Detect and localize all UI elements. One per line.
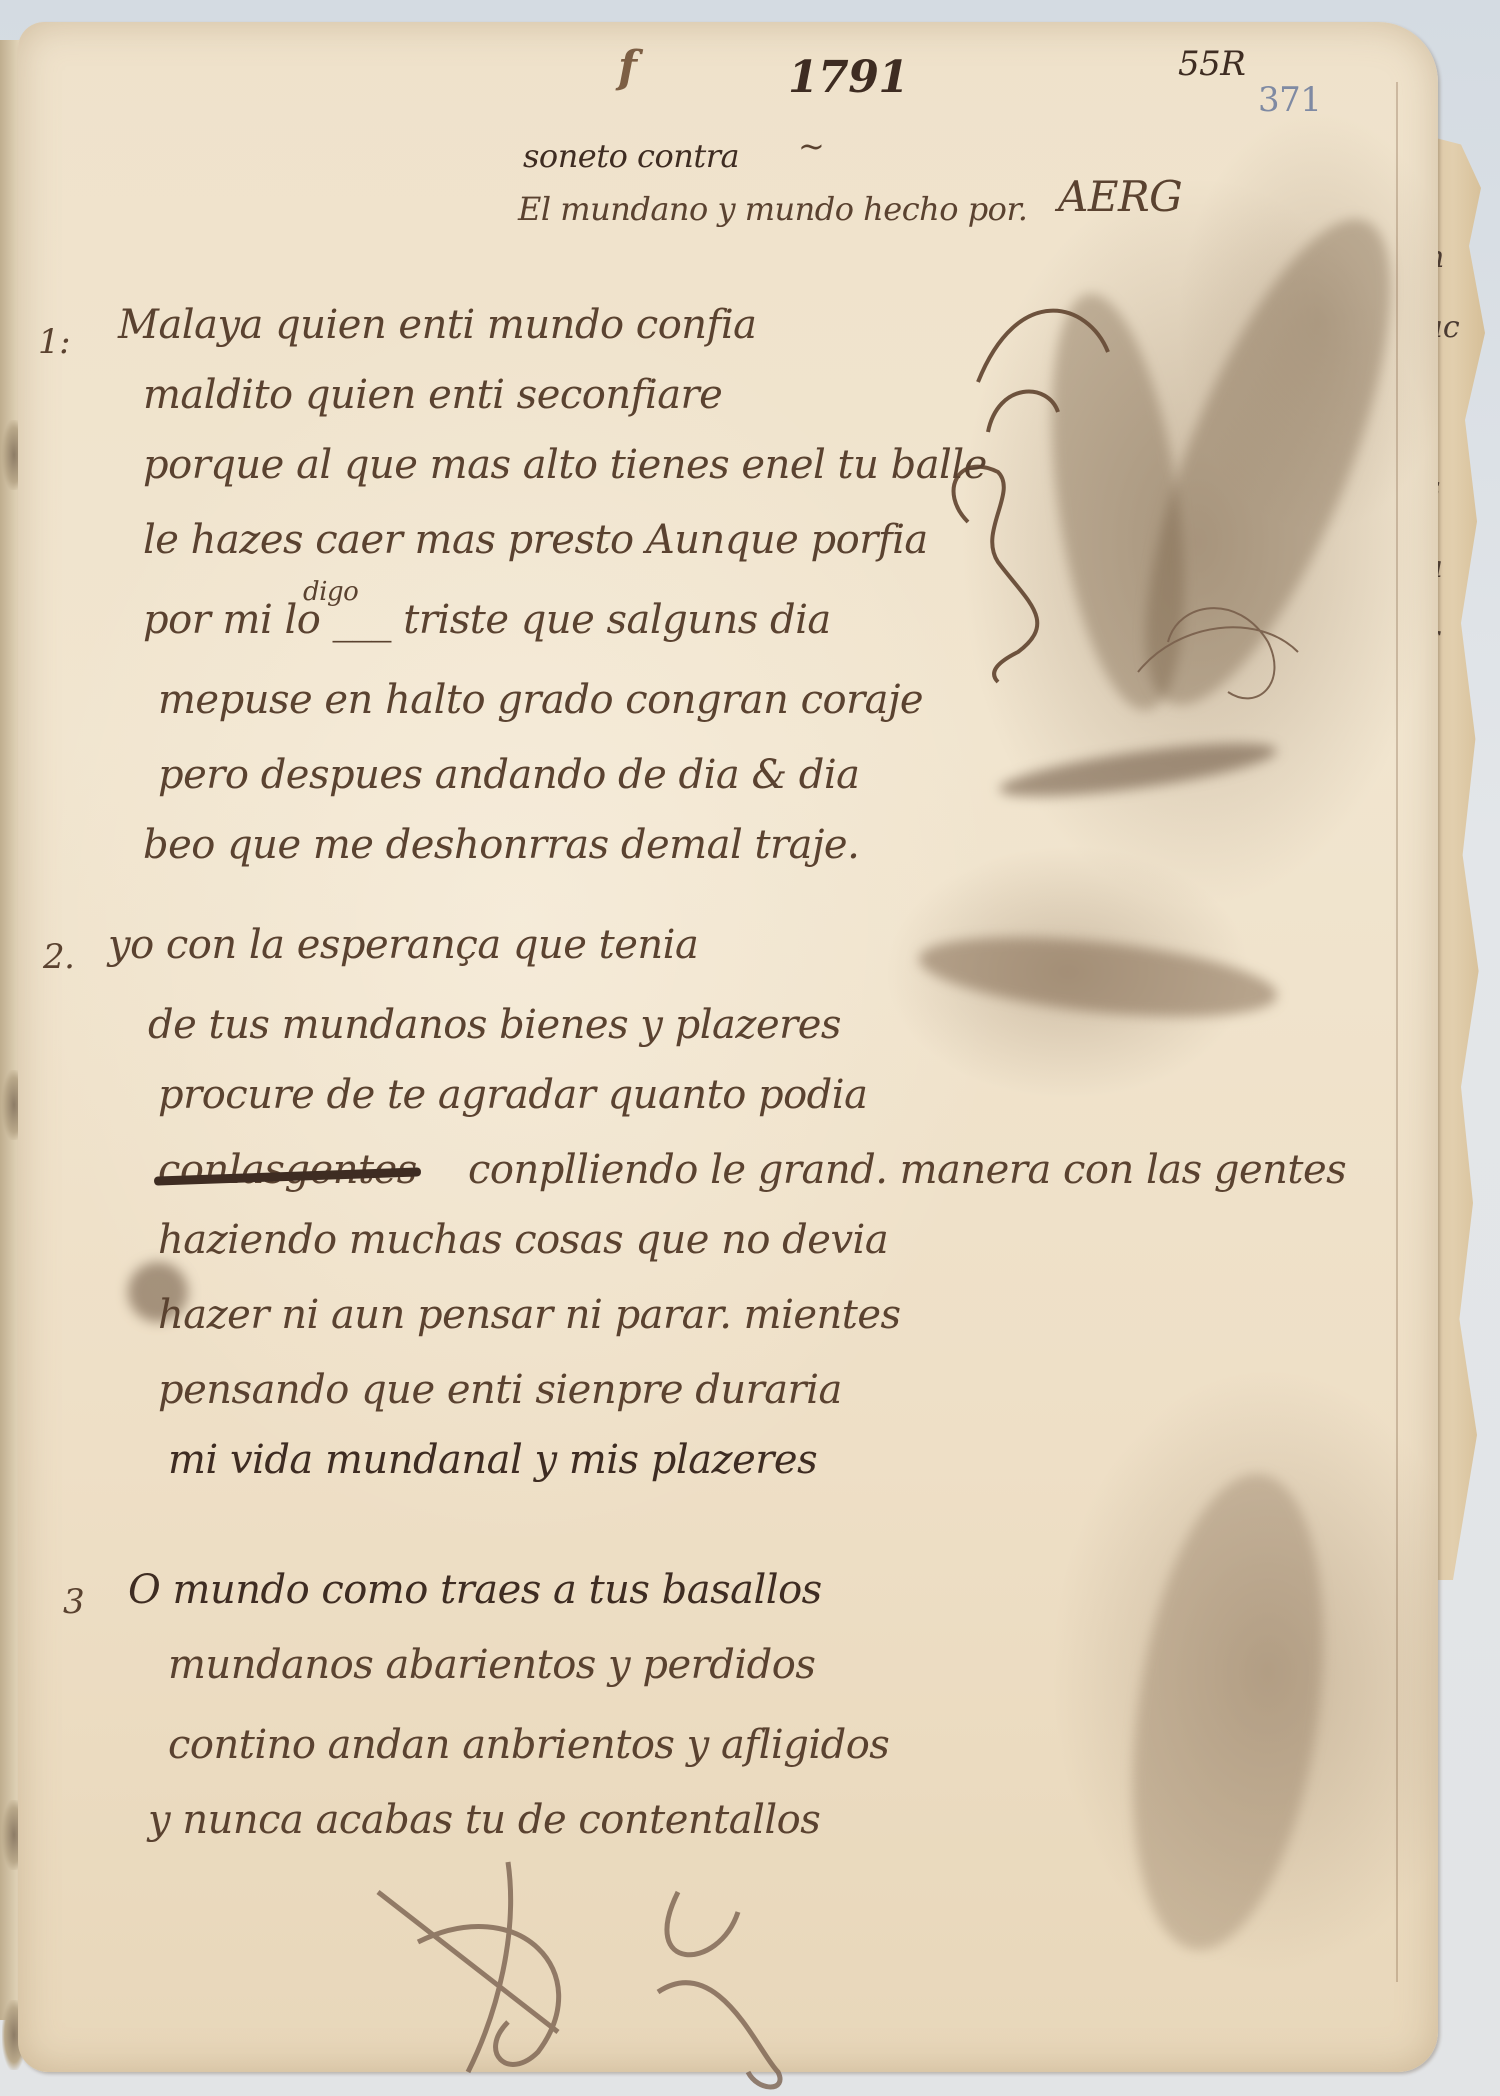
stanza-number: 1: [38,322,70,362]
pencil-folio-number: 371 [1258,80,1321,120]
verse-line: y nunca acabas tu de contentallos [148,1797,820,1843]
page-edge-rule [1396,82,1398,1982]
poem-title-line2: El mundano y mundo hecho por. [518,190,1027,228]
verse-line: mepuse en halto grado congran coraje [158,677,923,723]
verse-line: O mundo como traes a tus basallos [128,1567,822,1613]
verse-line: de tus mundanos bienes y plazeres [148,1002,841,1048]
verse-line: beo que me deshonrras demal traje. [143,822,859,868]
poem-title-line1: soneto contra [523,137,739,175]
verse-line: yo con la esperança que tenia [108,922,698,968]
verse-line: conplliendo le grand. manera con las gen… [468,1147,1346,1193]
struck-out-text: conlasgentes [158,1147,417,1193]
verse-line: pero despues andando de dia & dia [158,752,860,798]
shelf-mark: 55R [1178,44,1245,84]
pen-flourish [938,262,1318,822]
manuscript-page: f 1791 55R 371 soneto contra ~ El mundan… [18,22,1438,2072]
verse-line: pensando que enti sienpre duraria [158,1367,842,1413]
manuscript-scan: n ac l s a r f 1791 55R 371 soneto contr… [0,0,1500,2096]
title-tilde: ~ [798,127,824,165]
verse-line: haziendo muchas cosas que no devia [158,1217,888,1263]
ink-smudge [1105,1462,1350,1962]
stanza-number: 2. [43,937,74,977]
verse-line: procure de te agradar quanto podia [158,1072,867,1118]
verse-line: por mi lo ___ triste que salguns dia [143,597,831,643]
pen-scribble [358,1852,878,2092]
folio-number: 1791 [788,52,908,103]
verse-line: Malaya quien enti mundo confia [118,302,756,348]
verse-line: hazer ni aun pensar ni parar. mientes [158,1292,901,1338]
verse-line: mundanos abarientos y perdidos [168,1642,815,1688]
verse-line: mi vida mundanal y mis plazeres [168,1437,817,1483]
verse-line: contino andan anbrientos y afligidos [168,1722,889,1768]
stanza-number: 3 [63,1582,84,1622]
verse-line: porque al que mas alto tienes enel tu ba… [143,442,987,488]
folio-mark: f [618,42,636,93]
author-monogram: AERG [1058,172,1182,221]
verse-line: le hazes caer mas presto Aunque porfia [143,517,928,563]
ink-smudge [915,923,1280,1030]
verse-line: maldito quien enti seconfiare [143,372,722,418]
